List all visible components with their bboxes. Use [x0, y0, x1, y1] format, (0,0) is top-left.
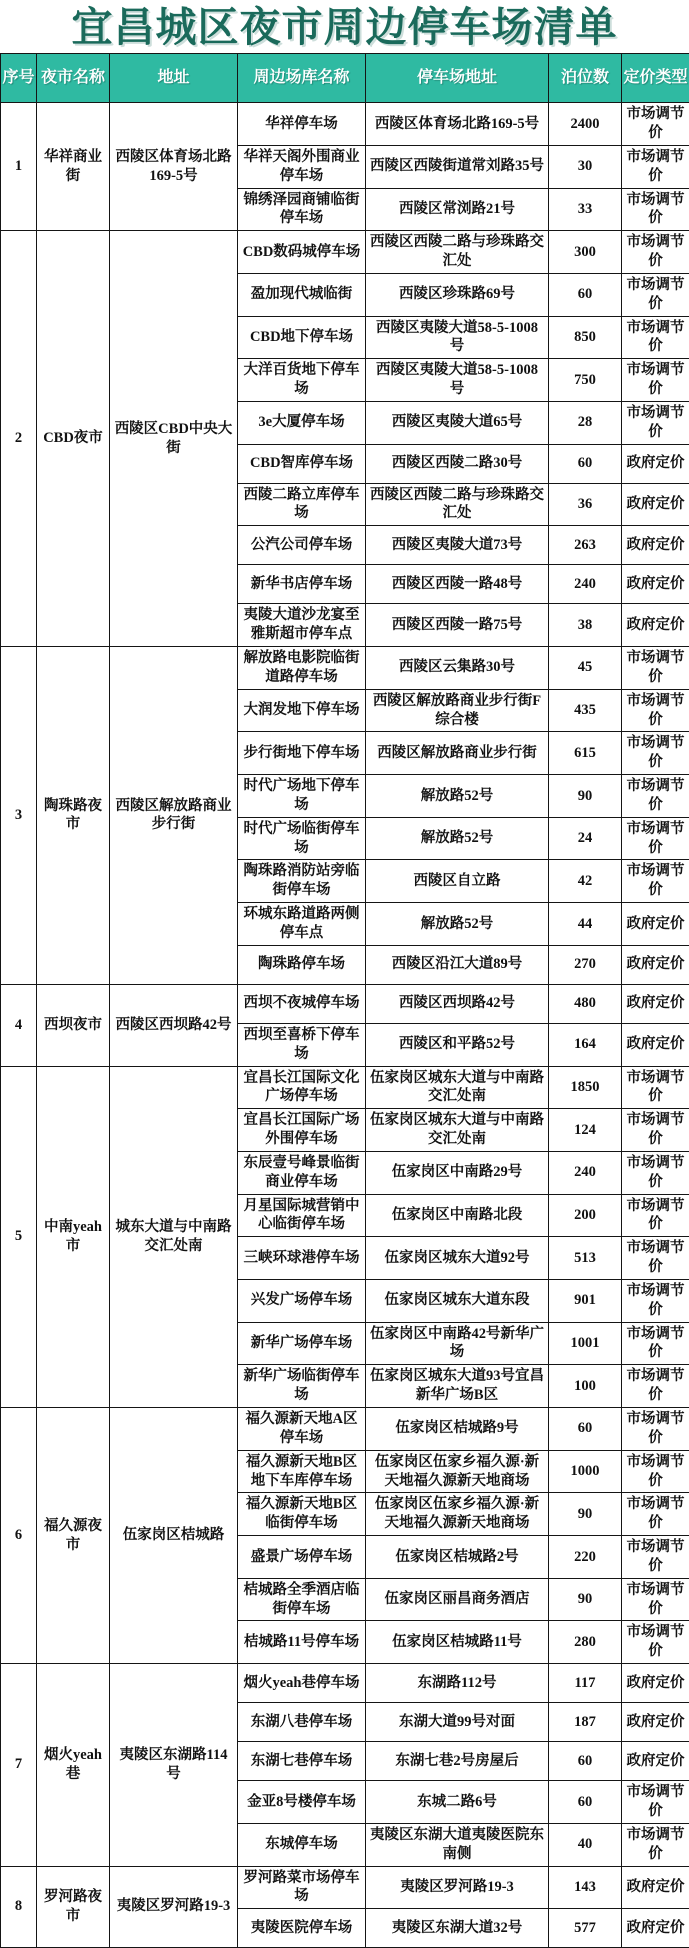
spots-cell: 117	[549, 1664, 622, 1703]
lot-address-cell: 西陵区珍珠路69号	[366, 273, 549, 316]
lot-address-cell: 夷陵区东湖大道32号	[366, 1909, 549, 1948]
price-type-cell: 政府定价	[622, 1742, 689, 1781]
market-name-cell: 陶珠路夜市	[37, 647, 110, 985]
spots-cell: 187	[549, 1703, 622, 1742]
lot-name-cell: 桔城路11号停车场	[238, 1621, 366, 1664]
price-type-cell: 市场调节价	[622, 1279, 689, 1322]
lot-name-cell: 西坝至喜桥下停车场	[238, 1023, 366, 1066]
lot-name-cell: 兴发广场停车场	[238, 1279, 366, 1322]
lot-address-cell: 西陵区西陵街道常刘路35号	[366, 145, 549, 188]
lot-address-cell: 伍家岗区丽昌商务酒店	[366, 1578, 549, 1621]
spots-cell: 24	[549, 817, 622, 860]
price-type-cell: 政府定价	[622, 1866, 689, 1909]
lot-name-cell: 陶珠路停车场	[238, 945, 366, 984]
lot-name-cell: 东城停车场	[238, 1823, 366, 1866]
lot-address-cell: 东城二路6号	[366, 1781, 549, 1824]
lot-address-cell: 西陵区沿江大道89号	[366, 945, 549, 984]
table-row: 5中南yeah市城东大道与中南路交汇处南宜昌长江国际文化广场停车场伍家岗区城东大…	[1, 1066, 689, 1109]
price-type-cell: 市场调节价	[622, 145, 689, 188]
table-body: 1华祥商业街西陵区体育场北路169-5号华祥停车场西陵区体育场北路169-5号2…	[1, 103, 689, 1948]
lot-address-cell: 西陵区夷陵大道65号	[366, 401, 549, 444]
lot-address-cell: 东湖七巷2号房屋后	[366, 1742, 549, 1781]
price-type-cell: 政府定价	[622, 604, 689, 647]
spots-cell: 435	[549, 689, 622, 732]
lot-address-cell: 西陵区常浏路21号	[366, 188, 549, 231]
lot-address-cell: 解放路52号	[366, 903, 549, 946]
price-type-cell: 市场调节价	[622, 1109, 689, 1152]
price-type-cell: 政府定价	[622, 1664, 689, 1703]
market-name-cell: 福久源夜市	[37, 1408, 110, 1664]
price-type-cell: 市场调节价	[622, 103, 689, 146]
spots-cell: 577	[549, 1909, 622, 1948]
price-type-cell: 市场调节价	[622, 1194, 689, 1237]
lot-address-cell: 夷陵区罗河路19-3	[366, 1866, 549, 1909]
lot-address-cell: 伍家岗区中南路北段	[366, 1194, 549, 1237]
lot-name-cell: 福久源新天地A区停车场	[238, 1408, 366, 1451]
lot-name-cell: 解放路电影院临街道路停车场	[238, 647, 366, 690]
lot-address-cell: 西陵区云集路30号	[366, 647, 549, 690]
lot-name-cell: 东湖八巷停车场	[238, 1703, 366, 1742]
lot-address-cell: 伍家岗区伍家乡福久源·新天地福久源新天地商场	[366, 1450, 549, 1493]
price-type-cell: 市场调节价	[622, 1450, 689, 1493]
row-number-cell: 4	[1, 984, 37, 1066]
lot-name-cell: 西坝不夜城停车场	[238, 984, 366, 1023]
price-type-cell: 政府定价	[622, 1703, 689, 1742]
spots-cell: 33	[549, 188, 622, 231]
lot-address-cell: 西陵区西陵二路与珍珠路交汇处	[366, 483, 549, 526]
spots-cell: 124	[549, 1109, 622, 1152]
lot-address-cell: 解放路52号	[366, 775, 549, 818]
spots-cell: 750	[549, 359, 622, 402]
spots-cell: 200	[549, 1194, 622, 1237]
price-type-cell: 市场调节价	[622, 1781, 689, 1824]
spots-cell: 60	[549, 273, 622, 316]
lot-address-cell: 西陵区西陵二路30号	[366, 444, 549, 483]
lot-address-cell: 伍家岗区伍家乡福久源·新天地福久源新天地商场	[366, 1493, 549, 1536]
spots-cell: 100	[549, 1365, 622, 1408]
market-address-cell: 夷陵区罗河路19-3	[110, 1866, 238, 1948]
spots-cell: 270	[549, 945, 622, 984]
lot-name-cell: 西陵二路立库停车场	[238, 483, 366, 526]
spots-cell: 90	[549, 1578, 622, 1621]
lot-name-cell: 盛景广场停车场	[238, 1536, 366, 1579]
lot-address-cell: 伍家岗区城东大道东段	[366, 1279, 549, 1322]
market-address-cell: 西陵区西坝路42号	[110, 984, 238, 1066]
price-type-cell: 政府定价	[622, 1023, 689, 1066]
lot-address-cell: 解放路52号	[366, 817, 549, 860]
lot-address-cell: 西陵区自立路	[366, 860, 549, 903]
price-type-cell: 市场调节价	[622, 860, 689, 903]
lot-address-cell: 东湖大道99号对面	[366, 1703, 549, 1742]
table-row: 1华祥商业街西陵区体育场北路169-5号华祥停车场西陵区体育场北路169-5号2…	[1, 103, 689, 146]
spots-cell: 60	[549, 1742, 622, 1781]
price-type-cell: 政府定价	[622, 526, 689, 565]
lot-name-cell: 陶珠路消防站旁临街停车场	[238, 860, 366, 903]
row-number-cell: 3	[1, 647, 37, 985]
market-name-cell: 西坝夜市	[37, 984, 110, 1066]
market-name-cell: 中南yeah市	[37, 1066, 110, 1408]
spots-cell: 280	[549, 1621, 622, 1664]
lot-address-cell: 东湖路112号	[366, 1664, 549, 1703]
table-header: 序号 夜市名称 地址 周边场库名称 停车场地址 泊位数 定价类型	[1, 54, 689, 103]
lot-name-cell: CBD智库停车场	[238, 444, 366, 483]
price-type-cell: 市场调节价	[622, 401, 689, 444]
price-type-cell: 市场调节价	[622, 1066, 689, 1109]
market-name-cell: 烟火yeah巷	[37, 1664, 110, 1866]
market-address-cell: 夷陵区东湖路114号	[110, 1664, 238, 1866]
price-type-cell: 政府定价	[622, 444, 689, 483]
spots-cell: 40	[549, 1823, 622, 1866]
lot-name-cell: 大润发地下停车场	[238, 689, 366, 732]
lot-address-cell: 伍家岗区桔城路9号	[366, 1408, 549, 1451]
spots-cell: 28	[549, 401, 622, 444]
table-row: 3陶珠路夜市西陵区解放路商业步行街解放路电影院临街道路停车场西陵区云集路30号4…	[1, 647, 689, 690]
spots-cell: 36	[549, 483, 622, 526]
lot-name-cell: 3e大厦停车场	[238, 401, 366, 444]
price-type-cell: 市场调节价	[622, 188, 689, 231]
price-type-cell: 政府定价	[622, 1909, 689, 1948]
lot-name-cell: 夷陵大道沙龙宴至雅斯超市停车点	[238, 604, 366, 647]
market-address-cell: 城东大道与中南路交汇处南	[110, 1066, 238, 1408]
price-type-cell: 市场调节价	[622, 316, 689, 359]
lot-name-cell: 罗河路菜市场停车场	[238, 1866, 366, 1909]
price-type-cell: 市场调节价	[622, 1823, 689, 1866]
lot-name-cell: 华祥天阁外围商业停车场	[238, 145, 366, 188]
col-header-index: 序号	[1, 54, 37, 103]
lot-address-cell: 西陵区夷陵大道58-5-1008号	[366, 359, 549, 402]
page-title: 宜昌城区夜市周边停车场清单	[0, 4, 689, 51]
row-number-cell: 7	[1, 1664, 37, 1866]
lot-name-cell: 福久源新天地B区临街停车场	[238, 1493, 366, 1536]
lot-name-cell: 环城东路道路两侧停车点	[238, 903, 366, 946]
price-type-cell: 市场调节价	[622, 1621, 689, 1664]
spots-cell: 60	[549, 1781, 622, 1824]
spots-cell: 1000	[549, 1450, 622, 1493]
lot-name-cell: CBD地下停车场	[238, 316, 366, 359]
lot-name-cell: 锦绣泽园商铺临街停车场	[238, 188, 366, 231]
lot-address-cell: 西陵区夷陵大道73号	[366, 526, 549, 565]
price-type-cell: 政府定价	[622, 945, 689, 984]
lot-address-cell: 西陵区和平路52号	[366, 1023, 549, 1066]
spots-cell: 30	[549, 145, 622, 188]
price-type-cell: 市场调节价	[622, 1237, 689, 1280]
lot-address-cell: 西陵区夷陵大道58-5-1008号	[366, 316, 549, 359]
row-number-cell: 1	[1, 103, 37, 231]
lot-address-cell: 西陵区解放路商业步行街	[366, 732, 549, 775]
col-header-market-name: 夜市名称	[37, 54, 110, 103]
price-type-cell: 市场调节价	[622, 732, 689, 775]
lot-name-cell: 新华书店停车场	[238, 565, 366, 604]
price-type-cell: 政府定价	[622, 903, 689, 946]
table-row: 8罗河路夜市夷陵区罗河路19-3罗河路菜市场停车场夷陵区罗河路19-3143政府…	[1, 1866, 689, 1909]
lot-address-cell: 夷陵区东湖大道夷陵医院东南侧	[366, 1823, 549, 1866]
price-type-cell: 政府定价	[622, 565, 689, 604]
lot-name-cell: 三峡环球港停车场	[238, 1237, 366, 1280]
lot-address-cell: 伍家岗区城东大道与中南路交汇处南	[366, 1066, 549, 1109]
row-number-cell: 6	[1, 1408, 37, 1664]
spots-cell: 220	[549, 1536, 622, 1579]
lot-name-cell: 金亚8号楼停车场	[238, 1781, 366, 1824]
lot-address-cell: 西陵区西陵一路48号	[366, 565, 549, 604]
spots-cell: 143	[549, 1866, 622, 1909]
lot-name-cell: 华祥停车场	[238, 103, 366, 146]
lot-name-cell: 新华广场临街停车场	[238, 1365, 366, 1408]
lot-name-cell: 月星国际城营销中心临街停车场	[238, 1194, 366, 1237]
spots-cell: 1850	[549, 1066, 622, 1109]
spots-cell: 42	[549, 860, 622, 903]
market-name-cell: 华祥商业街	[37, 103, 110, 231]
parking-table: 序号 夜市名称 地址 周边场库名称 停车场地址 泊位数 定价类型 1华祥商业街西…	[0, 53, 689, 1948]
spots-cell: 1001	[549, 1322, 622, 1365]
lot-name-cell: 东湖七巷停车场	[238, 1742, 366, 1781]
price-type-cell: 市场调节价	[622, 775, 689, 818]
price-type-cell: 政府定价	[622, 483, 689, 526]
lot-name-cell: 公汽公司停车场	[238, 526, 366, 565]
price-type-cell: 市场调节价	[622, 273, 689, 316]
spots-cell: 240	[549, 565, 622, 604]
price-type-cell: 市场调节价	[622, 1578, 689, 1621]
market-address-cell: 西陵区解放路商业步行街	[110, 647, 238, 985]
lot-address-cell: 西陵区西坝路42号	[366, 984, 549, 1023]
spots-cell: 60	[549, 1408, 622, 1451]
lot-name-cell: 步行街地下停车场	[238, 732, 366, 775]
row-number-cell: 2	[1, 231, 37, 647]
lot-address-cell: 西陵区西陵二路与珍珠路交汇处	[366, 231, 549, 274]
lot-name-cell: 烟火yeah巷停车场	[238, 1664, 366, 1703]
price-type-cell: 政府定价	[622, 984, 689, 1023]
lot-address-cell: 伍家岗区桔城路11号	[366, 1621, 549, 1664]
row-number-cell: 5	[1, 1066, 37, 1408]
spots-cell: 44	[549, 903, 622, 946]
spots-cell: 38	[549, 604, 622, 647]
col-header-market-address: 地址	[110, 54, 238, 103]
table-row: 2CBD夜市西陵区CBD中央大街CBD数码城停车场西陵区西陵二路与珍珠路交汇处3…	[1, 231, 689, 274]
lot-address-cell: 伍家岗区城东大道93号宜昌新华广场B区	[366, 1365, 549, 1408]
spots-cell: 300	[549, 231, 622, 274]
spots-cell: 901	[549, 1279, 622, 1322]
lot-name-cell: CBD数码城停车场	[238, 231, 366, 274]
price-type-cell: 市场调节价	[622, 1365, 689, 1408]
col-header-price-type: 定价类型	[622, 54, 689, 103]
lot-name-cell: 大洋百货地下停车场	[238, 359, 366, 402]
price-type-cell: 市场调节价	[622, 231, 689, 274]
spots-cell: 60	[549, 444, 622, 483]
lot-address-cell: 伍家岗区中南路29号	[366, 1151, 549, 1194]
parking-list-page: 宜昌城区夜市周边停车场清单 序号 夜市名称 地址 周边场库名称 停车场地址 泊位…	[0, 4, 689, 1948]
lot-name-cell: 东辰壹号峰景临街商业停车场	[238, 1151, 366, 1194]
price-type-cell: 市场调节价	[622, 817, 689, 860]
col-header-lot-name: 周边场库名称	[238, 54, 366, 103]
lot-name-cell: 时代广场临街停车场	[238, 817, 366, 860]
col-header-lot-address: 停车场地址	[366, 54, 549, 103]
lot-name-cell: 福久源新天地B区地下车库停车场	[238, 1450, 366, 1493]
header-row: 序号 夜市名称 地址 周边场库名称 停车场地址 泊位数 定价类型	[1, 54, 689, 103]
spots-cell: 615	[549, 732, 622, 775]
price-type-cell: 市场调节价	[622, 1408, 689, 1451]
lot-name-cell: 时代广场地下停车场	[238, 775, 366, 818]
spots-cell: 45	[549, 647, 622, 690]
price-type-cell: 市场调节价	[622, 1322, 689, 1365]
lot-name-cell: 夷陵医院停车场	[238, 1909, 366, 1948]
price-type-cell: 市场调节价	[622, 1536, 689, 1579]
lot-name-cell: 桔城路全季酒店临街停车场	[238, 1578, 366, 1621]
market-address-cell: 西陵区体育场北路169-5号	[110, 103, 238, 231]
spots-cell: 164	[549, 1023, 622, 1066]
spots-cell: 850	[549, 316, 622, 359]
price-type-cell: 市场调节价	[622, 647, 689, 690]
lot-address-cell: 伍家岗区城东大道92号	[366, 1237, 549, 1280]
lot-name-cell: 新华广场停车场	[238, 1322, 366, 1365]
market-name-cell: 罗河路夜市	[37, 1866, 110, 1948]
lot-address-cell: 西陵区西陵一路75号	[366, 604, 549, 647]
spots-cell: 90	[549, 1493, 622, 1536]
spots-cell: 90	[549, 775, 622, 818]
spots-cell: 513	[549, 1237, 622, 1280]
market-name-cell: CBD夜市	[37, 231, 110, 647]
price-type-cell: 市场调节价	[622, 1493, 689, 1536]
table-row: 7烟火yeah巷夷陵区东湖路114号烟火yeah巷停车场东湖路112号117政府…	[1, 1664, 689, 1703]
lot-name-cell: 宜昌长江国际广场外围停车场	[238, 1109, 366, 1152]
row-number-cell: 8	[1, 1866, 37, 1948]
col-header-spots: 泊位数	[549, 54, 622, 103]
lot-address-cell: 伍家岗区城东大道与中南路交汇处南	[366, 1109, 549, 1152]
spots-cell: 480	[549, 984, 622, 1023]
market-address-cell: 伍家岗区桔城路	[110, 1408, 238, 1664]
table-row: 6福久源夜市伍家岗区桔城路福久源新天地A区停车场伍家岗区桔城路9号60市场调节价	[1, 1408, 689, 1451]
spots-cell: 240	[549, 1151, 622, 1194]
spots-cell: 2400	[549, 103, 622, 146]
price-type-cell: 市场调节价	[622, 1151, 689, 1194]
price-type-cell: 市场调节价	[622, 359, 689, 402]
lot-address-cell: 伍家岗区桔城路2号	[366, 1536, 549, 1579]
spots-cell: 263	[549, 526, 622, 565]
market-address-cell: 西陵区CBD中央大街	[110, 231, 238, 647]
lot-address-cell: 西陵区解放路商业步行街F综合楼	[366, 689, 549, 732]
lot-address-cell: 伍家岗区中南路42号新华广场	[366, 1322, 549, 1365]
lot-name-cell: 盈加现代城临街	[238, 273, 366, 316]
table-row: 4西坝夜市西陵区西坝路42号西坝不夜城停车场西陵区西坝路42号480政府定价	[1, 984, 689, 1023]
lot-address-cell: 西陵区体育场北路169-5号	[366, 103, 549, 146]
price-type-cell: 市场调节价	[622, 689, 689, 732]
lot-name-cell: 宜昌长江国际文化广场停车场	[238, 1066, 366, 1109]
